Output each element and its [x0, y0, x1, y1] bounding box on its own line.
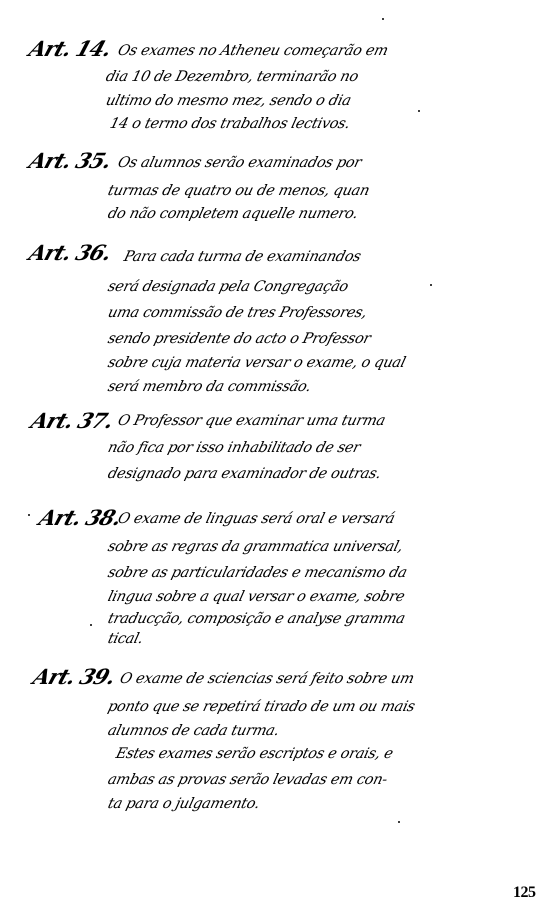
article-text-line: uma commissão de tres Professores, — [106, 306, 368, 321]
ink-speck — [418, 110, 420, 112]
article-text-line: ponto que se repetirá tirado de um ou ma… — [106, 700, 416, 715]
article-text-line: turmas de quatro ou de menos, quan — [106, 184, 371, 199]
article-label: Art. 37. — [28, 408, 116, 433]
article-text-line: ta para o julgamento. — [106, 797, 261, 812]
article-label: Art. 36. — [26, 240, 114, 265]
article-text-line: será designada pela Congregação — [106, 280, 349, 295]
article-text-line: não fica por isso inhabilitado de ser — [106, 441, 361, 456]
article-text-line: dia 10 de Dezembro, terminarão no — [104, 70, 359, 85]
article-text-line: Os alumnos serão examinados por — [116, 156, 362, 171]
article-text-line: Para cada turma de examinandos — [122, 250, 362, 265]
article-label: Art. 35. — [26, 148, 114, 173]
article-label: Art. 14. — [26, 36, 114, 61]
article-label: Art. 39. — [30, 664, 118, 689]
article-text-line: do não completem aquelle numero. — [106, 207, 359, 222]
article-text-line: O exame de linguas será oral e versará — [116, 512, 396, 527]
article-text-line: 14 o termo dos trabalhos lectivos. — [108, 117, 351, 132]
article-text-line: O Professor que examinar uma turma — [116, 414, 386, 429]
ink-speck — [90, 624, 92, 626]
article-text-line: O exame de sciencias será feito sobre um — [118, 672, 415, 687]
article-text-line: traducção, composição e analyse gramma — [106, 612, 406, 627]
article-text-line: lingua sobre a qual versar o exame, sobr… — [106, 590, 406, 605]
article-text-line: ultimo do mesmo mez, sendo o dia — [104, 94, 352, 109]
ink-speck — [28, 514, 30, 516]
article-text-line: sobre as regras da grammatica universal, — [106, 540, 404, 555]
article-text-line: será membro da commissão. — [106, 380, 312, 395]
ink-speck — [398, 821, 400, 823]
manuscript-page: Art. 14. Os exames no Atheneu começarão … — [0, 0, 549, 906]
ink-speck — [430, 284, 432, 286]
article-text-line: sobre cuja materia versar o exame, o qua… — [106, 356, 407, 371]
article-text-line: Estes exames serão escriptos e orais, e — [114, 747, 394, 762]
article-text-line: alumnos de cada turma. — [106, 724, 280, 739]
article-text-line: designado para examinador de outras. — [106, 467, 382, 482]
article-text-line: ambas as provas serão levadas em con- — [106, 773, 388, 788]
ink-speck — [382, 18, 384, 20]
article-text-line: tical. — [106, 632, 144, 647]
article-text-line: sendo presidente do acto o Professor — [106, 332, 372, 347]
article-text-line: sobre as particularidades e mecanismo da — [106, 566, 408, 581]
article-label: Art. 38. — [36, 505, 124, 530]
page-number: 125 — [513, 884, 536, 902]
article-text-line: Os exames no Atheneu começarão em — [116, 44, 389, 59]
